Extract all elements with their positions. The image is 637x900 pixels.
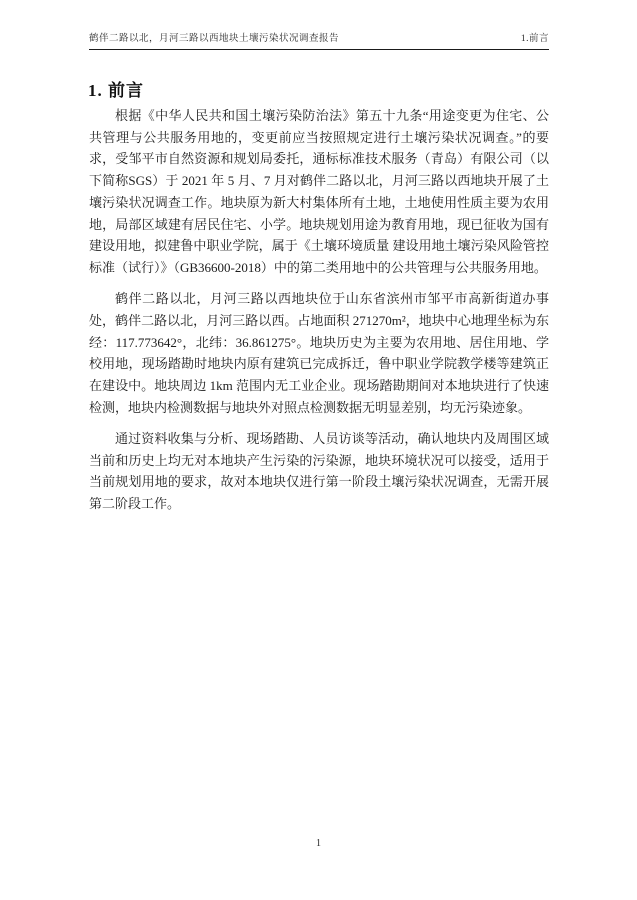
header-document-title: 鹤伴二路以北，月河三路以西地块土壤污染状况调查报告 (89, 30, 339, 44)
document-page: 鹤伴二路以北，月河三路以西地块土壤污染状况调查报告 1.前言 1. 前言 根据《… (0, 0, 637, 900)
page-header: 鹤伴二路以北，月河三路以西地块土壤污染状况调查报告 1.前言 (89, 30, 549, 50)
page-number: 1 (0, 838, 637, 849)
section-title: 1. 前言 (88, 76, 144, 101)
paragraph: 通过资料收集与分析、现场踏勘、人员访谈等活动，确认地块内及周围区域当前和历史上均… (89, 428, 549, 515)
document-body: 根据《中华人民共和国土壤污染防治法》第五十九条“用途变更为住宅、公共管理与公共服… (89, 105, 549, 524)
paragraph: 鹤伴二路以北，月河三路以西地块位于山东省滨州市邹平市高新街道办事处，鹤伴二路以北… (89, 288, 549, 418)
header-section-label: 1.前言 (521, 30, 549, 44)
paragraph: 根据《中华人民共和国土壤污染防治法》第五十九条“用途变更为住宅、公共管理与公共服… (89, 105, 549, 279)
